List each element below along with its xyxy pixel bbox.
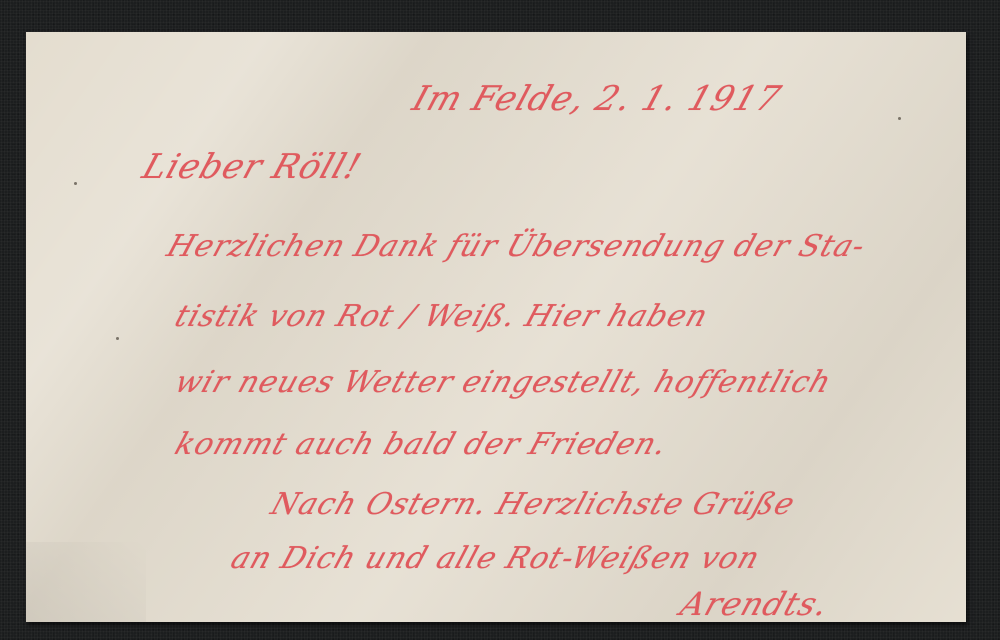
salutation: Lieber Röll!	[138, 150, 365, 184]
paper-speck	[116, 337, 119, 340]
body-line-5: Nach Ostern. Herzlichste Grüße	[267, 490, 799, 520]
body-line-2: tistik von Rot / Weiß. Hier haben	[171, 302, 712, 332]
body-line-1: Herzlichen Dank für Übersendung der Sta-	[163, 232, 869, 262]
paper-speck	[74, 182, 77, 185]
body-line-6: an Dich und alle Rot-Weißen von	[227, 544, 763, 574]
dateline: Im Felde, 2. 1. 1917	[408, 82, 785, 116]
postcard: Im Felde, 2. 1. 1917 Lieber Röll! Herzli…	[26, 32, 966, 622]
paper-speck	[898, 117, 901, 120]
body-line-4: kommt auch bald der Frieden.	[171, 430, 671, 460]
signature: Arendts.	[677, 588, 833, 620]
body-line-3: wir neues Wetter eingestellt, hoffentlic…	[171, 368, 835, 398]
